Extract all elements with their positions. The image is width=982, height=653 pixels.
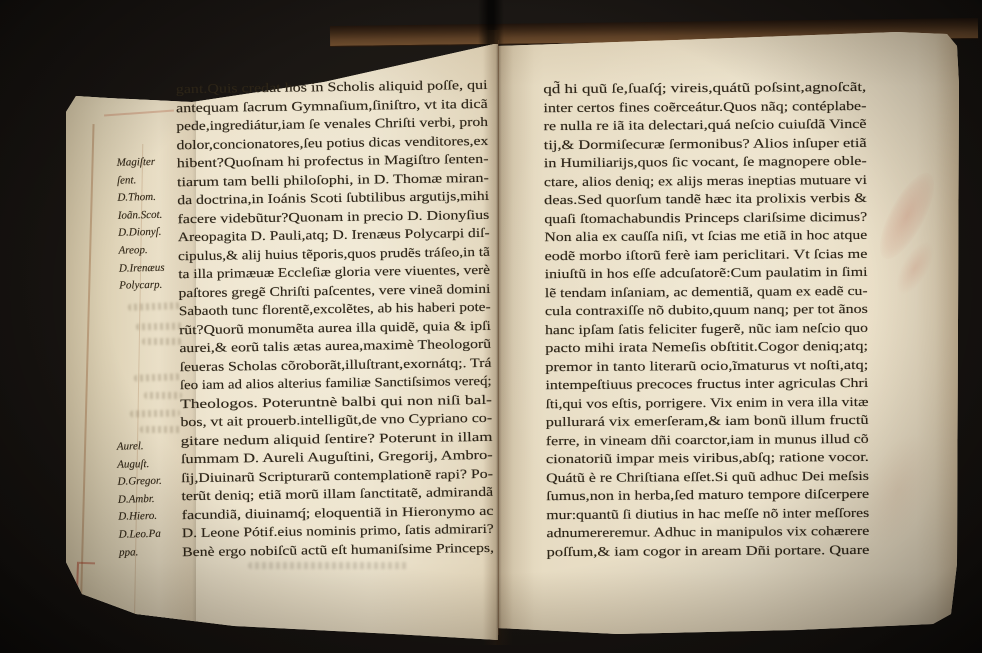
margin-note-line: D.Ambr. — [118, 492, 184, 511]
margin-note-line: Polycarp. — [119, 278, 185, 297]
text-line: premor in tanto literarũ ocio,ĩmaturus v… — [545, 356, 868, 377]
text-line: poſſum,& iam cogor in aream Dñi portare.… — [547, 541, 870, 562]
left-page-text-column: gant.Quis credat hos in Scholis aliquid … — [176, 77, 495, 562]
margin-notes-authorities-2: Aurel.Auguſt.D.Gregor.D.Ambr.D.Hiero.D.L… — [117, 439, 186, 564]
text-line: in Humiliarijs,quos ſic vocant, ſe magno… — [544, 153, 867, 174]
red-edge-mark — [75, 562, 95, 623]
text-line: Non alia ex cauſſa niſi, vt ſcias me eti… — [544, 227, 867, 248]
text-line: pullurará vix emerſeram,& iam bonũ illum… — [546, 412, 869, 433]
ink-smudge — [248, 562, 408, 569]
text-line: cula contraxiſſe nõ dubito,quum nanq; pe… — [545, 301, 868, 322]
margin-notes-authorities-1: Magiſterſent.D.Thom.Ioãn.Scot.D.Dionyſ.A… — [117, 155, 186, 297]
text-line: lẽ tendam inſaniam, ac dementiã, quam ex… — [545, 282, 868, 303]
gutter-crease-line — [498, 40, 499, 635]
book-scan-photo: Magiſterſent.D.Thom.Ioãn.Scot.D.Dionyſ.A… — [0, 0, 982, 653]
margin-note-line: D.Leo.Pa — [119, 527, 185, 546]
text-line: intempeſtiuus precoces fructus inter agr… — [545, 375, 868, 396]
text-line: tij,& Dormiſecuræ ſermonibus? Alios inſu… — [544, 134, 867, 155]
margin-note-line: Areop. — [118, 243, 184, 262]
text-line: ctare, alios deniq; ex alijs meras inept… — [544, 171, 867, 192]
text-line: ſti,qui vos eſtis, porrigere. Vix enim i… — [546, 393, 869, 414]
margin-note-line: D.Hiero. — [118, 510, 184, 529]
margin-note-line: Auguſt. — [117, 457, 183, 476]
bleedthrough-mark — [130, 410, 180, 418]
text-line: deas.Sed quorſum tandẽ hæc ita prolixis … — [544, 190, 867, 211]
bleedthrough-mark — [136, 323, 184, 331]
text-line: Quátũ è re Chriſtiana eſſet.Si quũ adhuc… — [546, 467, 869, 488]
margin-note-line: ppa. — [119, 545, 185, 564]
text-line: hanc ipſam ſatis feliciter fugerẽ, nũc i… — [545, 319, 868, 340]
text-line: qd̃ hi quũ ſe,ſuaſq́; vireis,quátũ poſsi… — [543, 79, 866, 100]
text-line: ferre, in vineam dñi coarctor,iam in mun… — [546, 430, 869, 451]
text-line: pacto mihi irata Nemeſis obſtitit.Cogor … — [545, 338, 868, 359]
text-line: quaſi ſtomachabundis Princeps clariſsime… — [544, 208, 867, 229]
text-line: inter certos fines coẽrceátur.Quos nãq; … — [543, 97, 866, 118]
margin-note-line: D.Irenæus — [119, 261, 185, 280]
text-line: ſumus,non in herba,ſed maturo tempore di… — [546, 486, 869, 507]
margin-note-line: Magiſter — [117, 155, 183, 174]
margin-note-line: D.Gregor. — [117, 475, 183, 494]
margin-note-line: ſent. — [117, 173, 183, 192]
bleedthrough-mark — [144, 392, 182, 399]
text-line: adnumereremur. Adhuc in manipulos vix co… — [546, 523, 869, 544]
text-line: iniuſtũ in hos eſſe adcuſatorẽ:Cum paula… — [545, 264, 868, 285]
text-line: re nulla re iã ita delectari,quá neſcio … — [544, 116, 867, 137]
bleedthrough-mark — [140, 426, 182, 433]
right-page-text-column: qd̃ hi quũ ſe,ſuaſq́; vireis,quátũ poſsi… — [543, 79, 869, 562]
margin-note-line: Ioãn.Scot. — [118, 208, 184, 227]
bleedthrough-mark — [142, 338, 182, 345]
margin-note-line: D.Thom. — [117, 191, 183, 210]
text-line: cionatoriũ impar meis viribus,abſq; rati… — [546, 449, 869, 470]
margin-note-line: D.Dionyſ. — [118, 226, 184, 245]
text-line: eodẽ morbo iſtorũ ferè iam periclitari. … — [544, 245, 867, 266]
margin-note-line: Aurel. — [117, 439, 183, 458]
text-line: mur:quantũ ſi diutius in hac meſſe nõ in… — [546, 504, 869, 525]
